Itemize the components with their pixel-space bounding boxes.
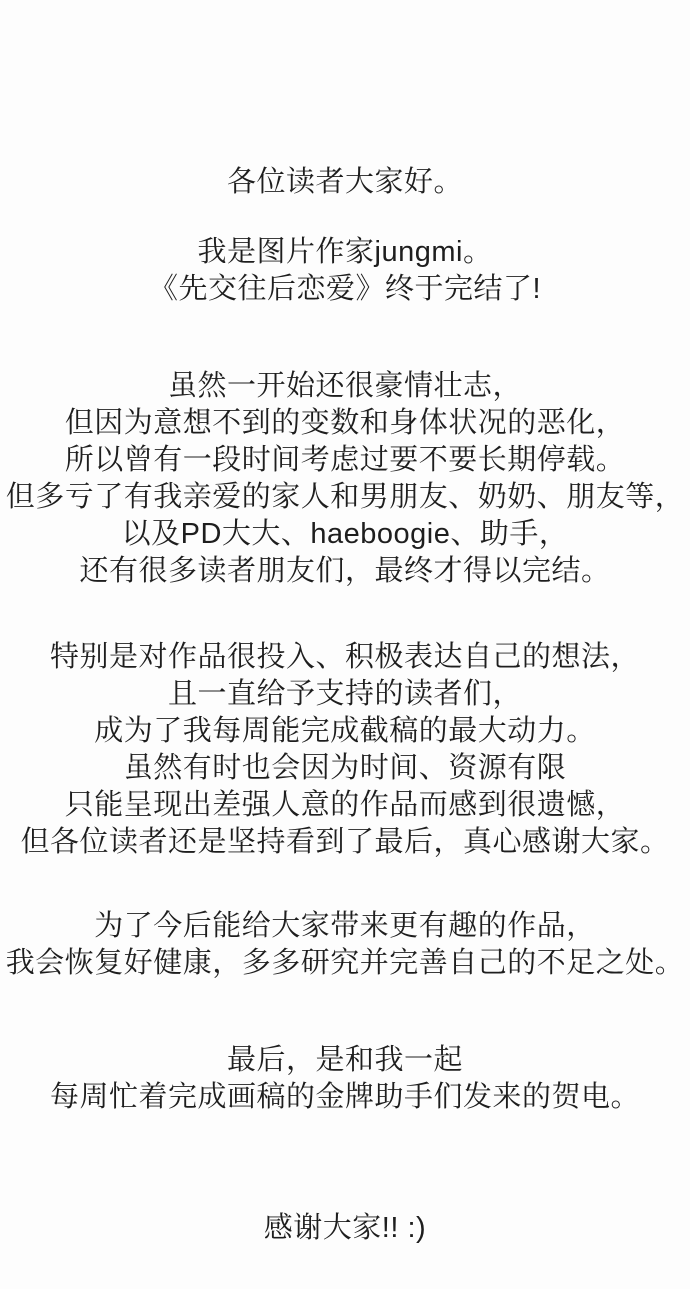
closing-thanks-paragraph: 感谢大家!! :) bbox=[0, 1210, 690, 1247]
text-line: 但多亏了有我亲爱的家人和男朋友、奶奶、朋友等， bbox=[0, 479, 690, 516]
thanks-readers-paragraph: 特别是对作品很投入、积极表达自己的想法， 且一直给予支持的读者们， 成为了我每周… bbox=[0, 639, 690, 861]
text-line: 但各位读者还是坚持看到了最后，真心感谢大家。 bbox=[0, 824, 690, 861]
text-line: 每周忙着完成画稿的金牌助手们发来的贺电。 bbox=[0, 1079, 690, 1116]
text-line: 虽然一开始还很豪情壮志， bbox=[0, 368, 690, 405]
text-line: 但因为意想不到的变数和身体状况的恶化， bbox=[0, 405, 690, 442]
text-line: 我会恢复好健康，多多研究并完善自己的不足之处。 bbox=[0, 945, 690, 982]
text-line: 只能呈现出差强人意的作品而感到很遗憾， bbox=[0, 787, 690, 824]
author-intro-paragraph: 我是图片作家jungmi。 《先交往后恋爱》终于完结了! bbox=[0, 234, 690, 308]
text-line: 虽然有时也会因为时间、资源有限 bbox=[0, 750, 690, 787]
assistants-intro-paragraph: 最后，是和我一起 每周忙着完成画稿的金牌助手们发来的贺电。 bbox=[0, 1042, 690, 1116]
text-line: 以及PD大大、haeboogie、助手， bbox=[0, 516, 690, 553]
text-line: 为了今后能给大家带来更有趣的作品， bbox=[0, 908, 690, 945]
text-line: 特别是对作品很投入、积极表达自己的想法， bbox=[0, 639, 690, 676]
thanks-family-paragraph: 虽然一开始还很豪情壮志， 但因为意想不到的变数和身体状况的恶化， 所以曾有一段时… bbox=[0, 368, 690, 590]
afterword-page: 各位读者大家好。 我是图片作家jungmi。 《先交往后恋爱》终于完结了! 虽然… bbox=[0, 0, 690, 1289]
text-line: 《先交往后恋爱》终于完结了! bbox=[0, 271, 690, 308]
text-line: 我是图片作家jungmi。 bbox=[0, 234, 690, 271]
text-line: 所以曾有一段时间考虑过要不要长期停载。 bbox=[0, 442, 690, 479]
text-line: 各位读者大家好。 bbox=[0, 164, 690, 201]
text-line: 成为了我每周能完成截稿的最大动力。 bbox=[0, 713, 690, 750]
text-line: 最后，是和我一起 bbox=[0, 1042, 690, 1079]
text-line: 感谢大家!! :) bbox=[0, 1210, 690, 1247]
future-plans-paragraph: 为了今后能给大家带来更有趣的作品， 我会恢复好健康，多多研究并完善自己的不足之处… bbox=[0, 908, 690, 982]
greeting-paragraph: 各位读者大家好。 bbox=[0, 164, 690, 201]
text-line: 且一直给予支持的读者们， bbox=[0, 676, 690, 713]
text-line: 还有很多读者朋友们，最终才得以完结。 bbox=[0, 553, 690, 590]
